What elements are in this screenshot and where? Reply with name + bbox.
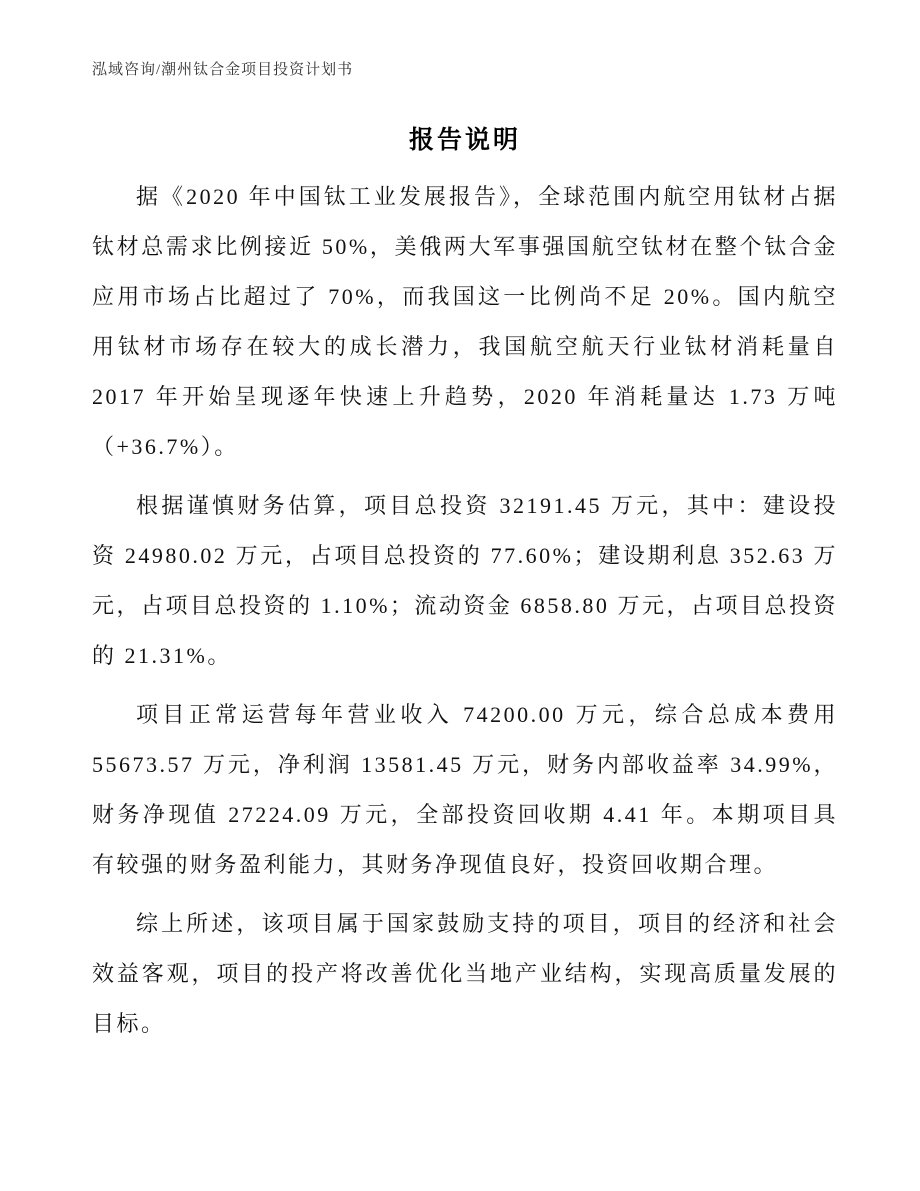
page-title: 报告说明 xyxy=(92,126,838,156)
paragraph: 据《2020 年中国钛工业发展报告》，全球范围内航空用钛材占据钛材总需求比例接近… xyxy=(92,172,838,472)
paragraph: 项目正常运营每年营业收入 74200.00 万元，综合总成本费用 55673.5… xyxy=(92,690,838,890)
document-body: 据《2020 年中国钛工业发展报告》，全球范围内航空用钛材占据钛材总需求比例接近… xyxy=(92,172,838,1049)
document-header: 泓域咨询/潮州钛合金项目投资计划书 xyxy=(92,60,838,80)
paragraph: 综上所述，该项目属于国家鼓励支持的项目，项目的经济和社会效益客观，项目的投产将改… xyxy=(92,899,838,1049)
paragraph: 根据谨慎财务估算，项目总投资 32191.45 万元，其中：建设投资 24980… xyxy=(92,481,838,681)
document-page: 泓域咨询/潮州钛合金项目投资计划书 报告说明 据《2020 年中国钛工业发展报告… xyxy=(0,0,920,1191)
